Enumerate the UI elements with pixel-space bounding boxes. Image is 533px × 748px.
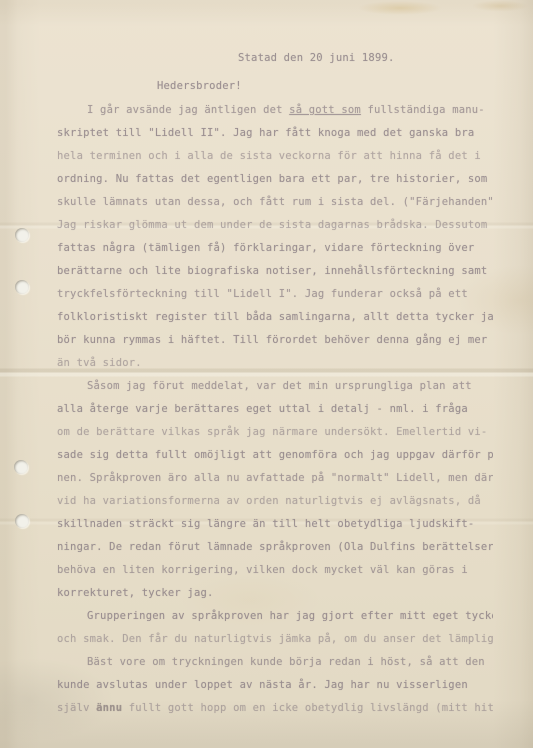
punch-hole: [15, 280, 29, 294]
letter-dateline: Statad den 20 juni 1899.: [238, 52, 395, 64]
letter-line: skillnaden sträckt sig längre än till he…: [57, 513, 493, 536]
letter-line: korrekturet, tycker jag.: [57, 582, 493, 605]
letter-line: kunde avslutas under loppet av nästa år.…: [57, 674, 493, 697]
letter-line: Grupperingen av språkproven har jag gjor…: [57, 605, 493, 628]
letter-line: folkloristiskt register till båda samlin…: [57, 306, 493, 329]
punch-hole: [14, 460, 28, 474]
letter-line: ningar. De redan förut lämnade språkprov…: [57, 536, 493, 559]
punch-hole: [15, 228, 29, 242]
letter-line: själv ännu fullt gott hopp om en icke ob…: [57, 697, 493, 720]
letter-line: skriptet till "Lidell II". Jag har fått …: [57, 122, 493, 145]
letter-line: nen. Språkproven äro alla nu avfattade p…: [57, 467, 493, 490]
letter-line: I går avsände jag äntligen det så gott s…: [57, 99, 493, 122]
letter-line: hela terminen och i alla de sista veckor…: [57, 145, 493, 168]
letter-line: bör kunna rymmas i häftet. Till förordet…: [57, 329, 493, 352]
letter-salutation: Hedersbroder!: [157, 80, 242, 92]
letter-body: I går avsände jag äntligen det så gott s…: [57, 99, 493, 720]
letter-line: om de berättare vilkas språk jag närmare…: [57, 421, 493, 444]
letter-line: vid ha variationsformerna av orden natur…: [57, 490, 493, 513]
letter-line: ordning. Nu fattas det egentligen bara e…: [57, 168, 493, 191]
punch-hole: [15, 514, 29, 528]
letter-line: tryckfelsförteckning till "Lidell I". Ja…: [57, 283, 493, 306]
letter-line: Såsom jag förut meddelat, var det min ur…: [57, 375, 493, 398]
letter-line: behöva en liten korrigering, vilken dock…: [57, 559, 493, 582]
letter-line: sade sig detta fullt omöjligt att genomf…: [57, 444, 493, 467]
letter-line: Bäst vore om tryckningen kunde börja red…: [57, 651, 493, 674]
scanned-letter-page: Statad den 20 juni 1899. Hedersbroder! I…: [0, 0, 533, 748]
letter-line: och smak. Den får du naturligtvis jämka …: [57, 628, 493, 651]
letter-line: berättarne och lite biografiska notiser,…: [57, 260, 493, 283]
letter-line: skulle lämnats utan dessa, och fått rum …: [57, 191, 493, 214]
letter-line: än två sidor.: [57, 352, 493, 375]
letter-line: alla återge varje berättares eget uttal …: [57, 398, 493, 421]
letter-line: Jag riskar glömma ut dem under de sista …: [57, 214, 493, 237]
letter-line: fattas några (tämligen få) förklaringar,…: [57, 237, 493, 260]
